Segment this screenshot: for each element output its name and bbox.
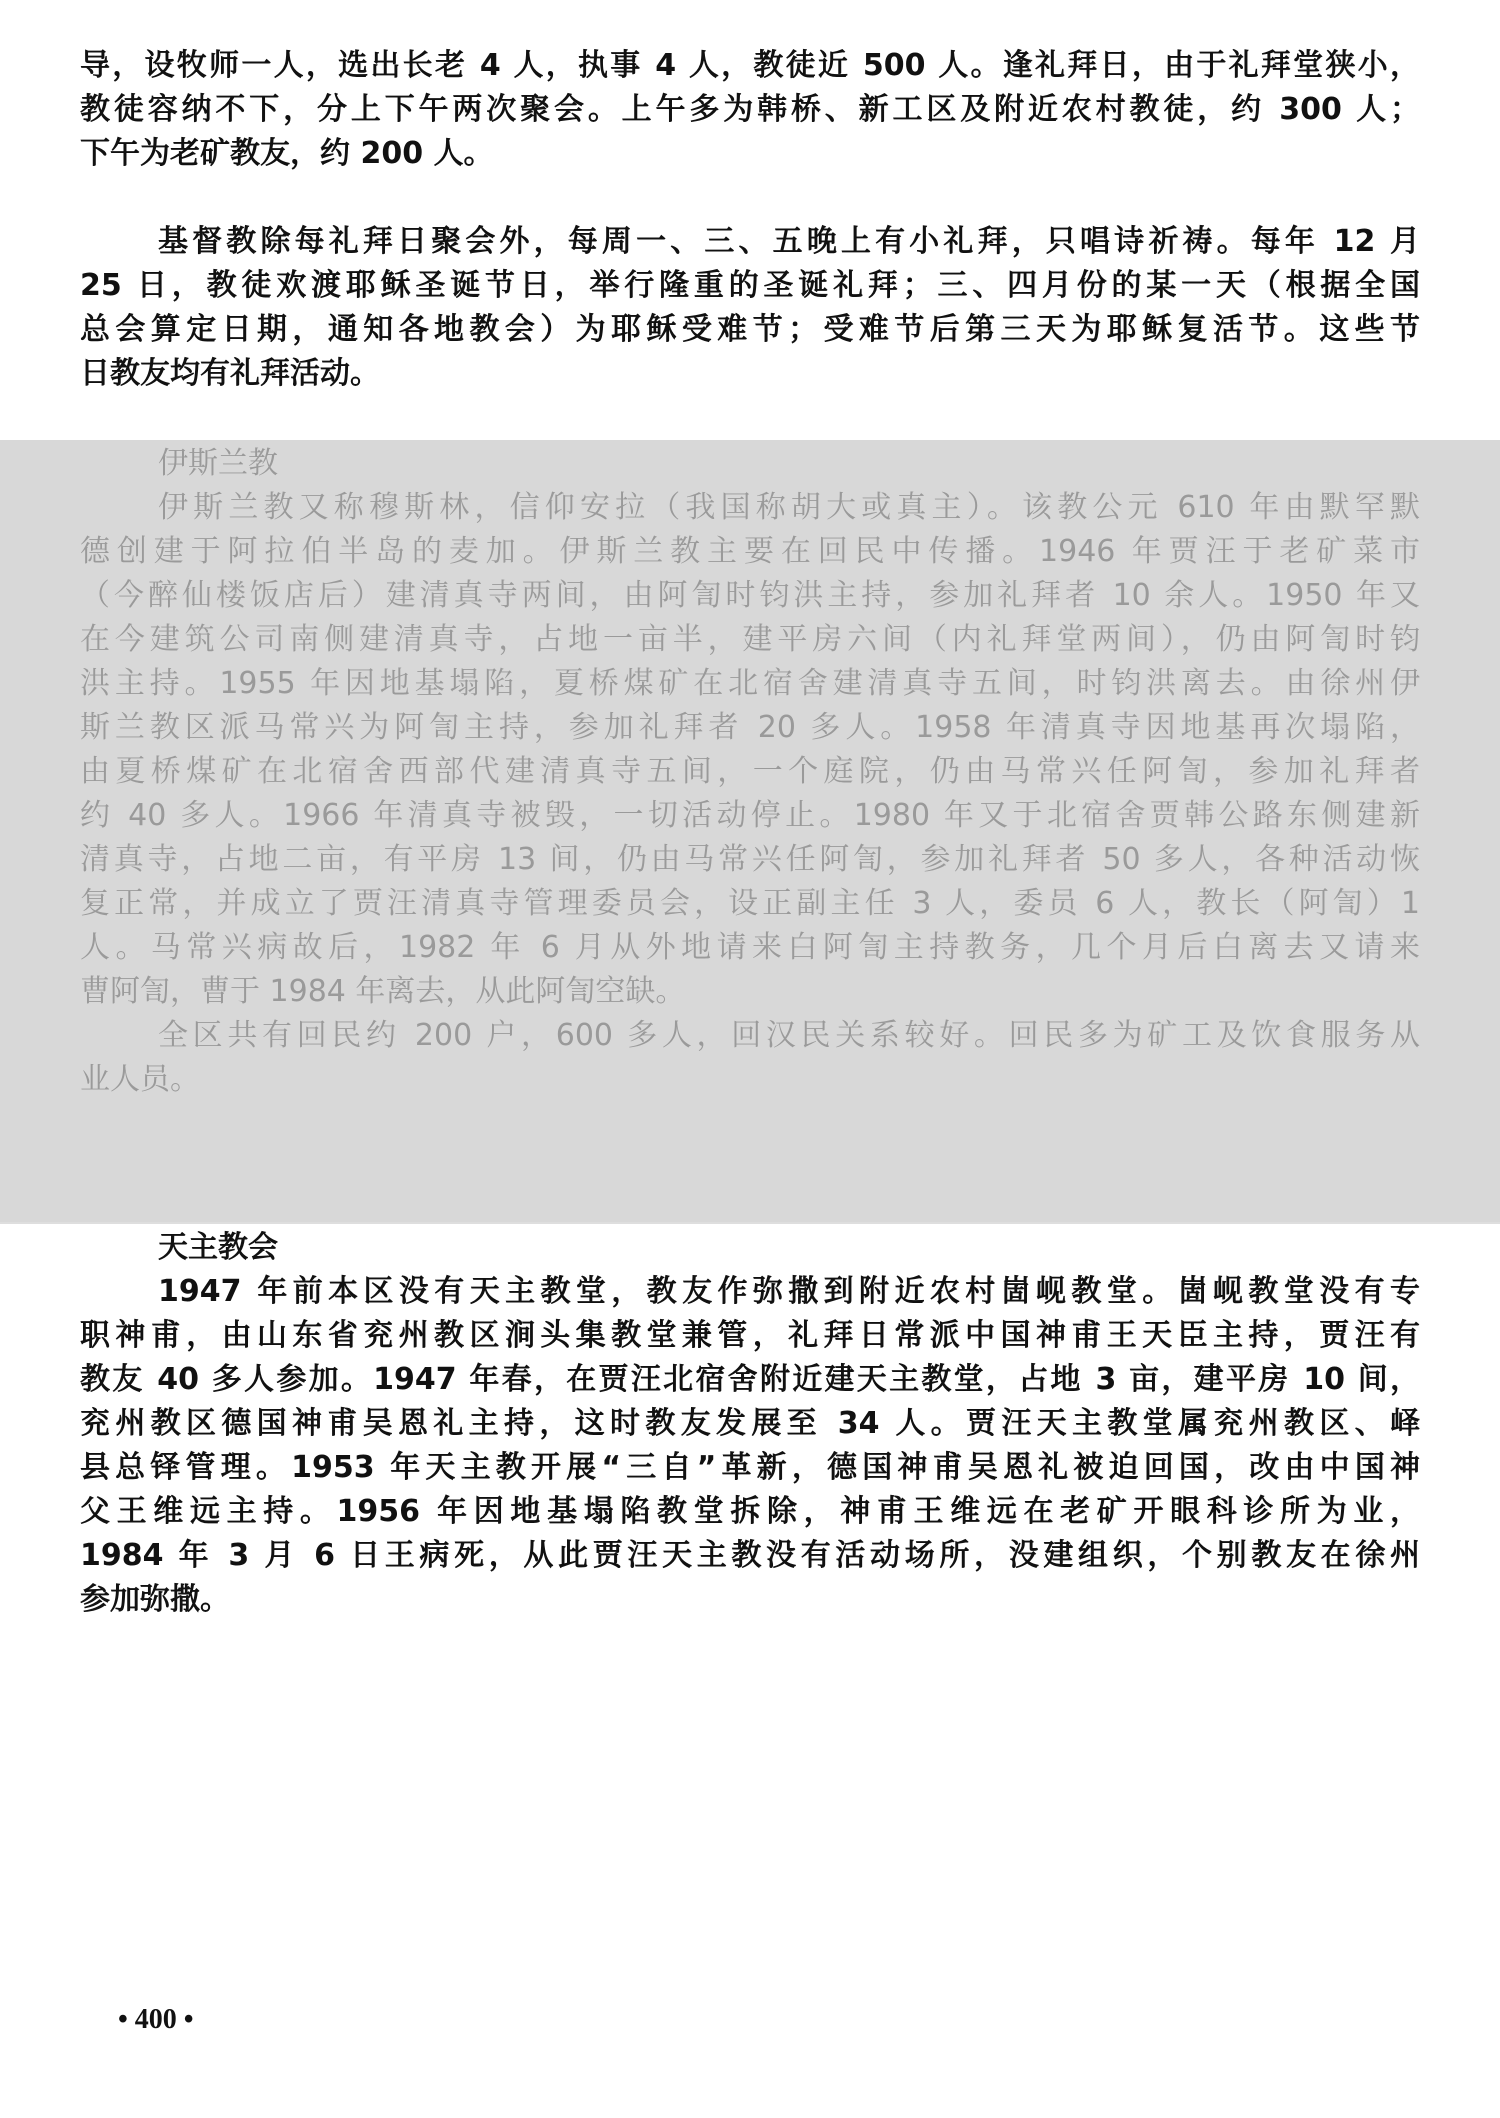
text-line: 父王维远主持。1956 年因地基塌陷教堂拆除，神甫王维远在老矿开眼科诊所为业， (80, 1490, 1420, 1534)
text-line: 日教友均有礼拜活动。 (80, 352, 1420, 396)
text-line: 约 40 多人。1966 年清真寺被毁，一切活动停止。1980 年又于北宿舍贾韩… (80, 794, 1420, 838)
text-line: 职神甫，由山东省兖州教区涧头集教堂兼管，礼拜日常派中国神甫王天臣主持，贾汪有 (80, 1314, 1420, 1358)
islam-section-highlight: 伊斯兰教 伊斯兰教又称穆斯林，信仰安拉（我国称胡大或真主）。该教公元 610 年… (0, 440, 1500, 1224)
text-line: 洪主持。1955 年因地基塌陷，夏桥煤矿在北宿舍建清真寺五间，时钧洪离去。由徐州… (80, 662, 1420, 706)
text-line: 25 日，教徒欢渡耶稣圣诞节日，举行隆重的圣诞礼拜；三、四月份的某一天（根据全国 (80, 264, 1420, 308)
text-line: （今醉仙楼饭店后）建清真寺两间，由阿訇时钧洪主持，参加礼拜者 10 余人。195… (80, 574, 1420, 618)
page-number: • 400 • (118, 2000, 194, 2040)
text-line: 教友 40 多人参加。1947 年春，在贾汪北宿舍附近建天主教堂，占地 3 亩，… (80, 1358, 1420, 1402)
text-line: 1947 年前本区没有天主教堂，教友作弥撒到附近农村崮岘教堂。崮岘教堂没有专 (158, 1270, 1420, 1314)
text-line: 德创建于阿拉伯半岛的麦加。伊斯兰教主要在回民中传播。1946 年贾汪于老矿菜市 (80, 530, 1420, 574)
text-line: 1984 年 3 月 6 日王病死，从此贾汪天主教没有活动场所，没建组织，个别教… (80, 1534, 1420, 1578)
section-heading-islam: 伊斯兰教 (158, 442, 278, 486)
text-line: 基督教除每礼拜日聚会外，每周一、三、五晚上有小礼拜，只唱诗祈祷。每年 12 月 (158, 220, 1420, 264)
text-line: 在今建筑公司南侧建清真寺，占地一亩半，建平房六间（内礼拜堂两间），仍由阿訇时钧 (80, 618, 1420, 662)
text-line: 复正常，并成立了贾汪清真寺管理委员会，设正副主任 3 人，委员 6 人，教长（阿… (80, 882, 1420, 926)
text-line: 业人员。 (80, 1058, 1420, 1102)
text-line: 由夏桥煤矿在北宿舍西部代建清真寺五间，一个庭院，仍由马常兴任阿訇，参加礼拜者 (80, 750, 1420, 794)
text-line: 曹阿訇，曹于 1984 年离去，从此阿訇空缺。 (80, 970, 1420, 1014)
text-line: 参加弥撒。 (80, 1578, 1420, 1622)
text-line: 下午为老矿教友，约 200 人。 (80, 132, 1420, 176)
text-line: 全区共有回民约 200 户，600 多人，回汉民关系较好。回民多为矿工及饮食服务… (158, 1014, 1420, 1058)
section-heading-catholic: 天主教会 (158, 1226, 278, 1270)
text-line: 清真寺，占地二亩，有平房 13 间，仍由马常兴任阿訇，参加礼拜者 50 多人，各… (80, 838, 1420, 882)
text-line: 总会算定日期，通知各地教会）为耶稣受难节；受难节后第三天为耶稣复活节。这些节 (80, 308, 1420, 352)
text-line: 兖州教区德国神甫吴恩礼主持，这时教友发展至 34 人。贾汪天主教堂属兖州教区、峄 (80, 1402, 1420, 1446)
text-line: 导，设牧师一人，选出长老 4 人，执事 4 人，教徒近 500 人。逢礼拜日，由… (80, 44, 1420, 88)
text-line: 斯兰教区派马常兴为阿訇主持，参加礼拜者 20 多人。1958 年清真寺因地基再次… (80, 706, 1420, 750)
text-line: 伊斯兰教又称穆斯林，信仰安拉（我国称胡大或真主）。该教公元 610 年由默罕默 (158, 486, 1420, 530)
text-line: 县总铎管理。1953 年天主教开展“三自”革新，德国神甫吴恩礼被迫回国，改由中国… (80, 1446, 1420, 1490)
text-line: 人。马常兴病故后，1982 年 6 月从外地请来白阿訇主持教务，几个月后白离去又… (80, 926, 1420, 970)
text-line: 教徒容纳不下，分上下午两次聚会。上午多为韩桥、新工区及附近农村教徒，约 300 … (80, 88, 1420, 132)
